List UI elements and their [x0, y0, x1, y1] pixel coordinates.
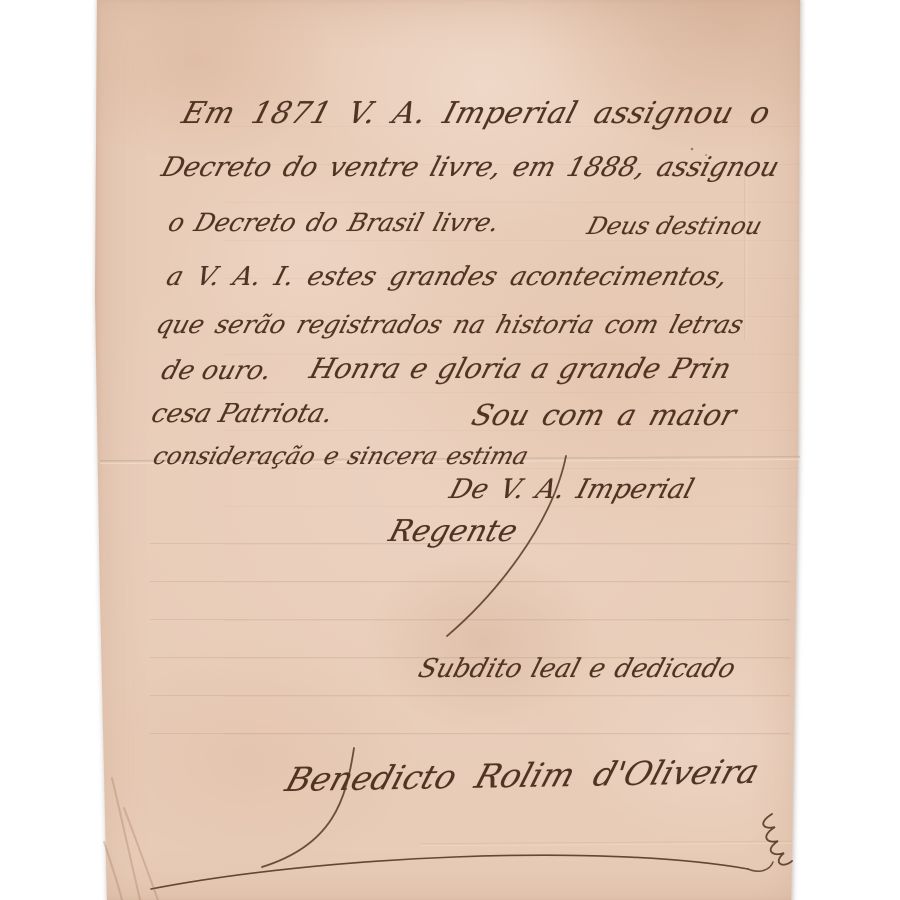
letter-line-6-left: de ouro. [158, 356, 275, 386]
letter-line-8: consideração e sincera estima [150, 442, 532, 470]
letter-line-5: que serão registrados na historia com le… [153, 310, 747, 339]
closing-line-1: De V. A. Imperial [446, 474, 698, 505]
letter-line-7-right: Sou com a maior [468, 398, 740, 432]
letter-line-3-right: Deus destinou [584, 212, 765, 240]
letter-line-4: a V. A. I. estes grandes acontecimentos, [163, 262, 731, 292]
screenshot-root: { "document": { "kind": "handwritten-let… [0, 0, 900, 900]
closing-line-2: Regente [385, 514, 521, 549]
letter-line-7-left: cesa Patriota. [148, 399, 337, 429]
letter-line-1: Em 1871 V. A. Imperial assignou o [178, 96, 775, 131]
letter-line-6-right: Honra e gloria a grande Prin [306, 352, 735, 385]
letter-line-2: Decreto do ventre livre, em 1888, assign… [158, 152, 783, 183]
closing-line-3: Subdito leal e dedicado [415, 654, 739, 684]
letter-line-3-left: o Decreto do Brasil livre. [165, 208, 503, 237]
